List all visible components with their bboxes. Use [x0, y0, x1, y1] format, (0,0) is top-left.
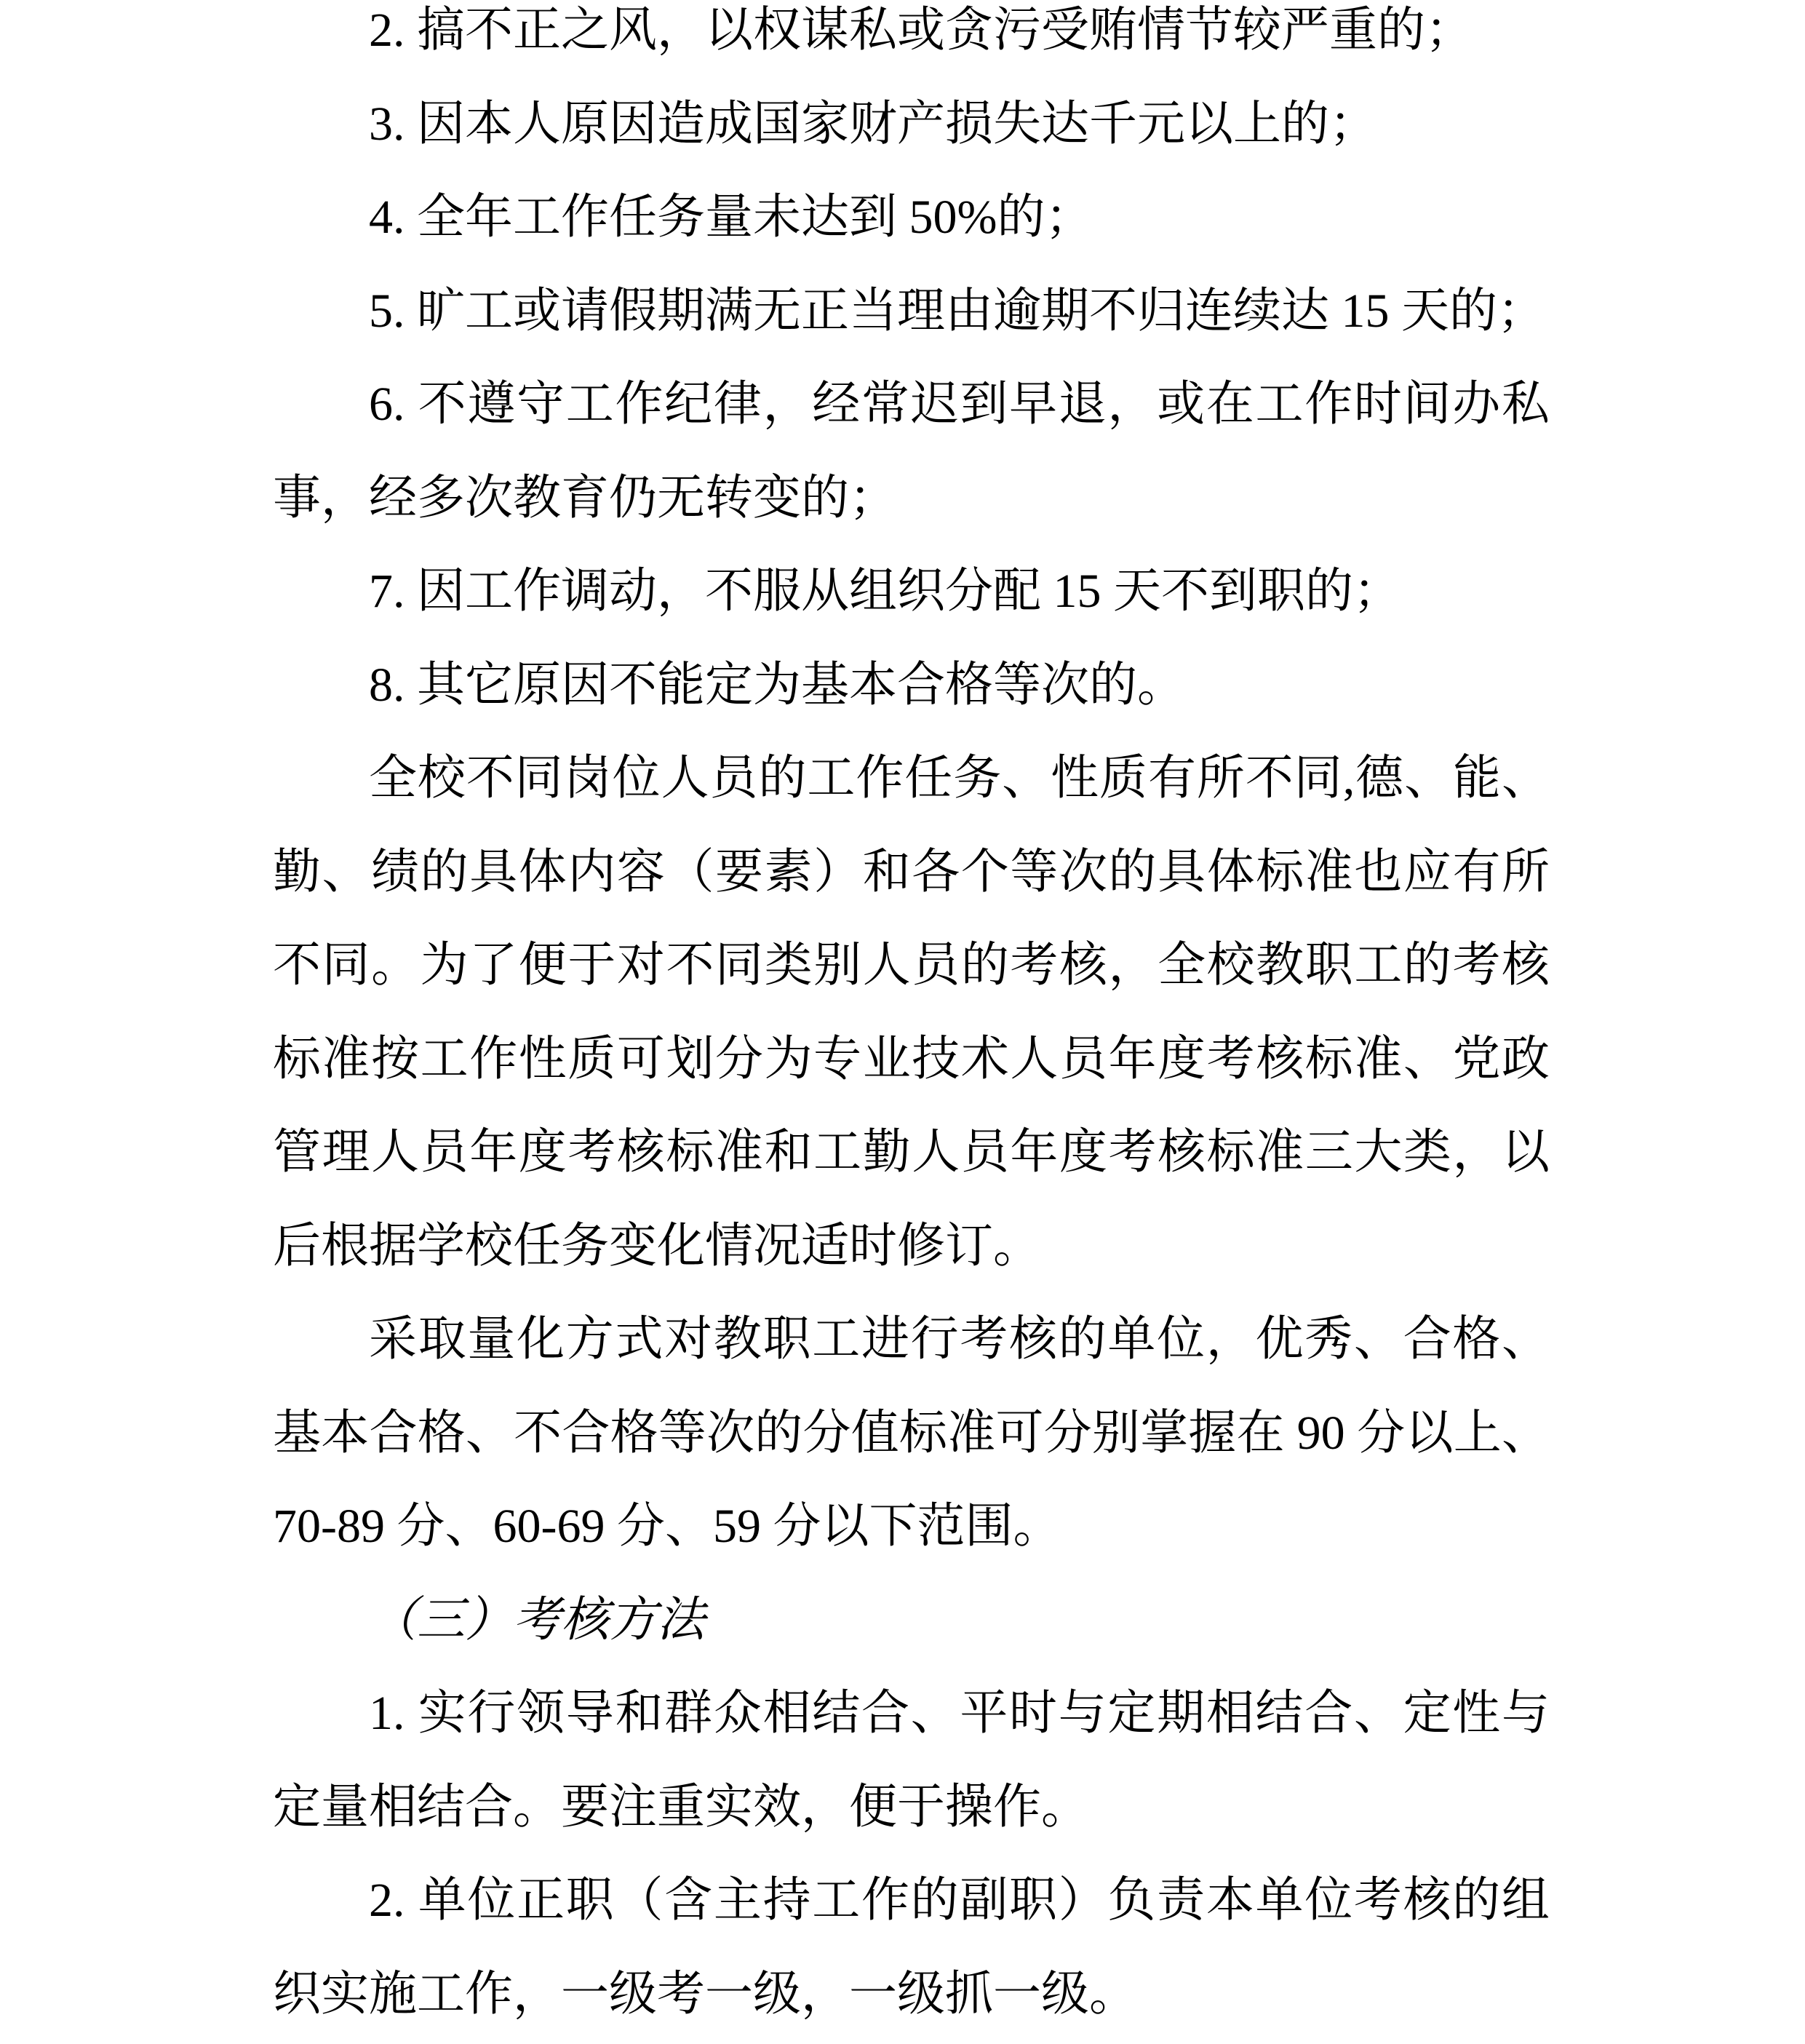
numbered-item-5: 5. 旷工或请假期满无正当理由逾期不归连续达 15 天的；: [273, 265, 1550, 359]
numbered-item-7: 7. 因工作调动，不服从组织分配 15 天不到职的；: [273, 545, 1550, 639]
numbered-item-2: 2. 搞不正之风，以权谋私或贪污受贿情节较严重的；: [273, 0, 1550, 78]
numbered-item-method-2: 2. 单位正职（含主持工作的副职）负责本单位考核的组织实施工作，一级考一级，一级…: [273, 1854, 1550, 2041]
body-paragraph-categories: 全校不同岗位人员的工作任务、性质有所不同,德、能、勤、绩的具体内容（要素）和各个…: [273, 732, 1550, 1293]
body-paragraph-scores: 采取量化方式对教职工进行考核的单位，优秀、合格、基本合格、不合格等次的分值标准可…: [273, 1293, 1550, 1574]
numbered-item-3: 3. 因本人原因造成国家财产损失达千元以上的；: [273, 78, 1550, 172]
numbered-item-6: 6. 不遵守工作纪律，经常迟到早退，或在工作时间办私事，经多次教育仍无转变的；: [273, 358, 1550, 545]
document-text-block: 2. 搞不正之风，以权谋私或贪污受贿情节较严重的； 3. 因本人原因造成国家财产…: [273, 0, 1550, 2041]
document-page: { "page": { "width_px": 2481, "height_px…: [0, 0, 1805, 2044]
section-heading: （三）考核方法: [273, 1574, 1550, 1668]
numbered-item-8: 8. 其它原因不能定为基本合格等次的。: [273, 639, 1550, 733]
numbered-item-4: 4. 全年工作任务量未达到 50%的；: [273, 171, 1550, 265]
numbered-item-method-1: 1. 实行领导和群众相结合、平时与定期相结合、定性与定量相结合。要注重实效，便于…: [273, 1667, 1550, 1854]
